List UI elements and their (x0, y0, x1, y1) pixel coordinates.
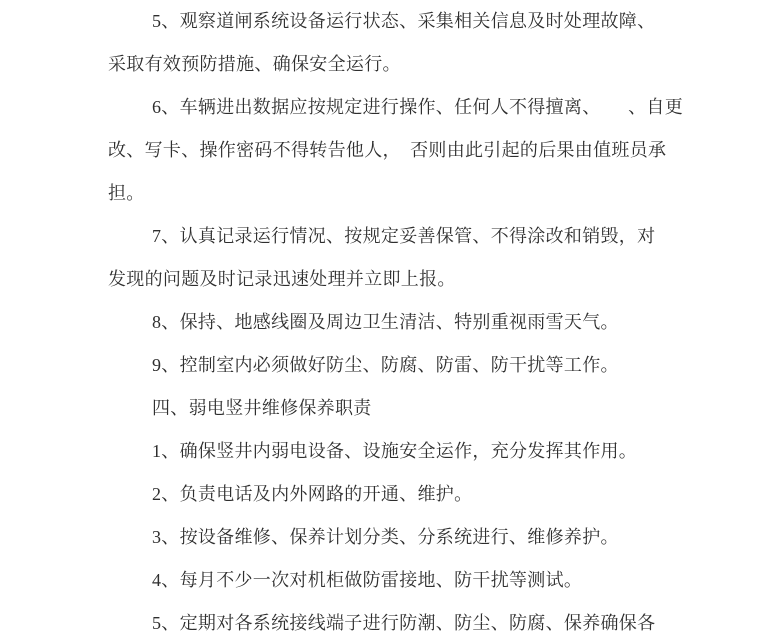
text-line: 改、写卡、操作密码不得转告他人， 否则由此引起的后果由值班员承 (108, 129, 740, 172)
text-line: 1、确保竖井内弱电设备、设施安全运作，充分发挥其作用。 (108, 430, 740, 473)
text-line: 采取有效预防措施、确保安全运行。 (108, 43, 740, 86)
text-line: 7、认真记录运行情况、按规定妥善保管、不得涂改和销毁，对 (108, 215, 740, 258)
section-heading: 四、弱电竖井维修保养职责 (108, 387, 740, 430)
document-page: 5、观察道闸系统设备运行状态、采集相关信息及时处理故障、 采取有效预防措施、确保… (0, 0, 780, 641)
text-line: 4、每月不少一次对机柜做防雷接地、防干扰等测试。 (108, 559, 740, 602)
text-line: 6、车辆进出数据应按规定进行操作、任何人不得擅离、 、自更 (108, 86, 740, 129)
text-line: 担。 (108, 172, 740, 215)
text-line: 5、观察道闸系统设备运行状态、采集相关信息及时处理故障、 (108, 0, 740, 43)
text-line: 2、负责电话及内外网路的开通、维护。 (108, 473, 740, 516)
text-line: 5、定期对各系统接线端子进行防潮、防尘、防腐、保养确保各 (108, 602, 740, 641)
text-line: 8、保持、地感线圈及周边卫生清洁、特别重视雨雪天气。 (108, 301, 740, 344)
text-line: 3、按设备维修、保养计划分类、分系统进行、维修养护。 (108, 516, 740, 559)
document-text-block: 5、观察道闸系统设备运行状态、采集相关信息及时处理故障、 采取有效预防措施、确保… (0, 0, 780, 641)
text-line: 发现的问题及时记录迅速处理并立即上报。 (108, 258, 740, 301)
text-line: 9、控制室内必须做好防尘、防腐、防雷、防干扰等工作。 (108, 344, 740, 387)
